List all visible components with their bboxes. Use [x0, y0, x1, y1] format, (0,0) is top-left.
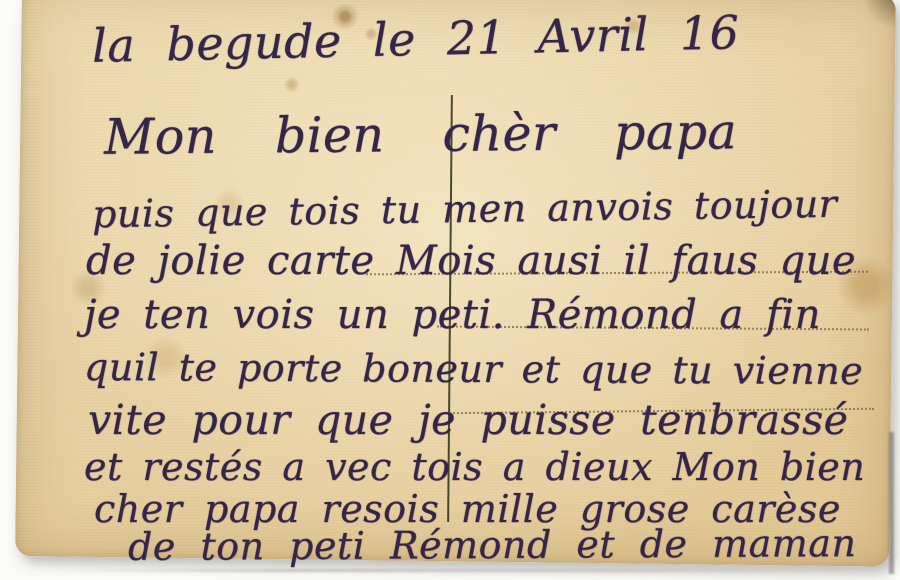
- scanner-streak: [60, 569, 860, 572]
- handwriting-line: de jolie carte Mois ausi il faus que: [86, 241, 856, 281]
- handwriting-line: puis que tois tu men anvois toujour: [92, 185, 838, 233]
- handwriting-signature: de ton peti Rémond et de maman: [128, 524, 857, 566]
- scanned-postcard-image: la begude le 21 Avril 16 Mon bien chèr p…: [0, 0, 900, 580]
- handwriting-line: quil te porte boneur et que tu vienne: [84, 348, 863, 390]
- handwriting-dateline: la begude le 21 Avril 16: [92, 9, 740, 69]
- handwriting-salutation: Mon bien chèr papa: [104, 107, 738, 162]
- handwriting-line: je ten vois un peti. Rémond a fin: [84, 295, 821, 335]
- handwriting-line: et restés a vec tois a dieux Mon bien: [84, 448, 865, 486]
- scanner-shadow: [889, 432, 894, 574]
- handwriting-line: vite pour que je puisse tenbrassé: [88, 400, 848, 441]
